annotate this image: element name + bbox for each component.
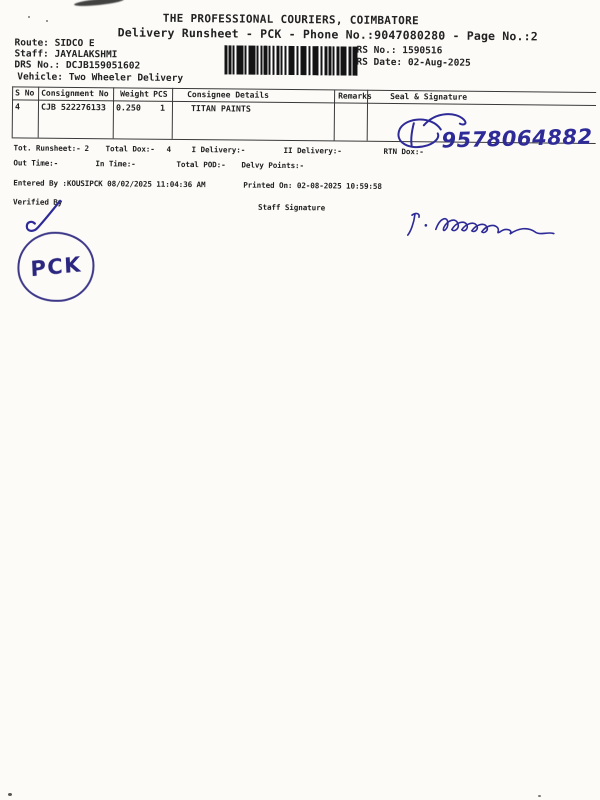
rs-no: RS No.: 1590516 xyxy=(356,46,442,58)
table-col-rule xyxy=(334,89,335,140)
cell-consignee-details: TITAN PAINTS xyxy=(191,104,251,114)
scan-speck xyxy=(8,793,12,796)
out-time-label: Out Time:- xyxy=(13,159,58,168)
pck-stamp-text: PCK xyxy=(30,252,82,281)
staff-signature-handwriting xyxy=(386,205,566,253)
page-subtitle: Delivery Runsheet - PCK - Phone No.:9047… xyxy=(118,26,538,43)
table-header-consignment-no: Consignment No xyxy=(41,89,109,99)
table-col-rule xyxy=(12,86,13,137)
cell-weight: 0.250 xyxy=(116,103,141,113)
scan-speck xyxy=(538,795,541,797)
table-header-seal-signature: Seal & Signature xyxy=(390,92,467,102)
table-col-rule xyxy=(38,87,39,138)
table-col-rule xyxy=(172,88,173,139)
seal-phone-number: 9578064882 xyxy=(441,125,593,153)
scan-speck xyxy=(28,16,30,18)
signature-flourish-stroke xyxy=(411,123,414,145)
delvy-points-label: Delvy Points:- xyxy=(241,162,304,171)
ii-delivery-label: II Delivery:- xyxy=(284,147,342,156)
tot-runsheet-label: Tot. Runsheet:- xyxy=(14,144,81,153)
pck-stamp: PCK xyxy=(17,231,95,302)
scanned-runsheet-page: THE PROFESSIONAL COURIERS, COIMBATORE De… xyxy=(0,0,600,800)
rs-date: RS Date: 02-Aug-2025 xyxy=(356,58,470,70)
table-header-consignee-details: Consignee Details xyxy=(187,90,269,100)
cell-pcs: 1 xyxy=(160,104,165,114)
in-time-label: In Time:- xyxy=(95,160,135,169)
cell-consignment-no: CJB 522276133 xyxy=(41,103,106,113)
printed-on-text: Printed On: 02-08-2025 10:59:58 xyxy=(243,182,382,192)
staff-signature-label: Staff Signature xyxy=(258,204,325,213)
total-dox-value: 4 xyxy=(167,146,172,155)
seal-signature-handwriting: 9578064882 xyxy=(383,109,596,163)
tot-runsheet-value: 2 xyxy=(85,145,90,154)
table-header-pcs: PCS xyxy=(153,90,168,99)
vehicle-info: Vehicle: Two Wheeler Delivery xyxy=(17,72,183,85)
total-dox-label: Total Dox:- xyxy=(106,145,155,154)
i-delivery-label: I Delivery:- xyxy=(192,146,246,155)
runsheet-barcode xyxy=(224,45,357,75)
signature-flourish-arc xyxy=(424,114,466,126)
entered-by-text: Entered By :KOUSIPCK 08/02/2025 11:04:36… xyxy=(13,179,205,190)
scan-speck xyxy=(46,20,48,22)
signature-flourish-loop xyxy=(398,119,441,147)
table-col-rule xyxy=(113,87,114,138)
cell-s-no: 4 xyxy=(15,102,20,112)
table-header-remarks: Remarks xyxy=(338,91,372,101)
table-header-weight: Weight xyxy=(120,89,149,98)
table-header-s-no: S No xyxy=(15,88,34,97)
total-pod-label: Total POD:- xyxy=(176,161,225,170)
